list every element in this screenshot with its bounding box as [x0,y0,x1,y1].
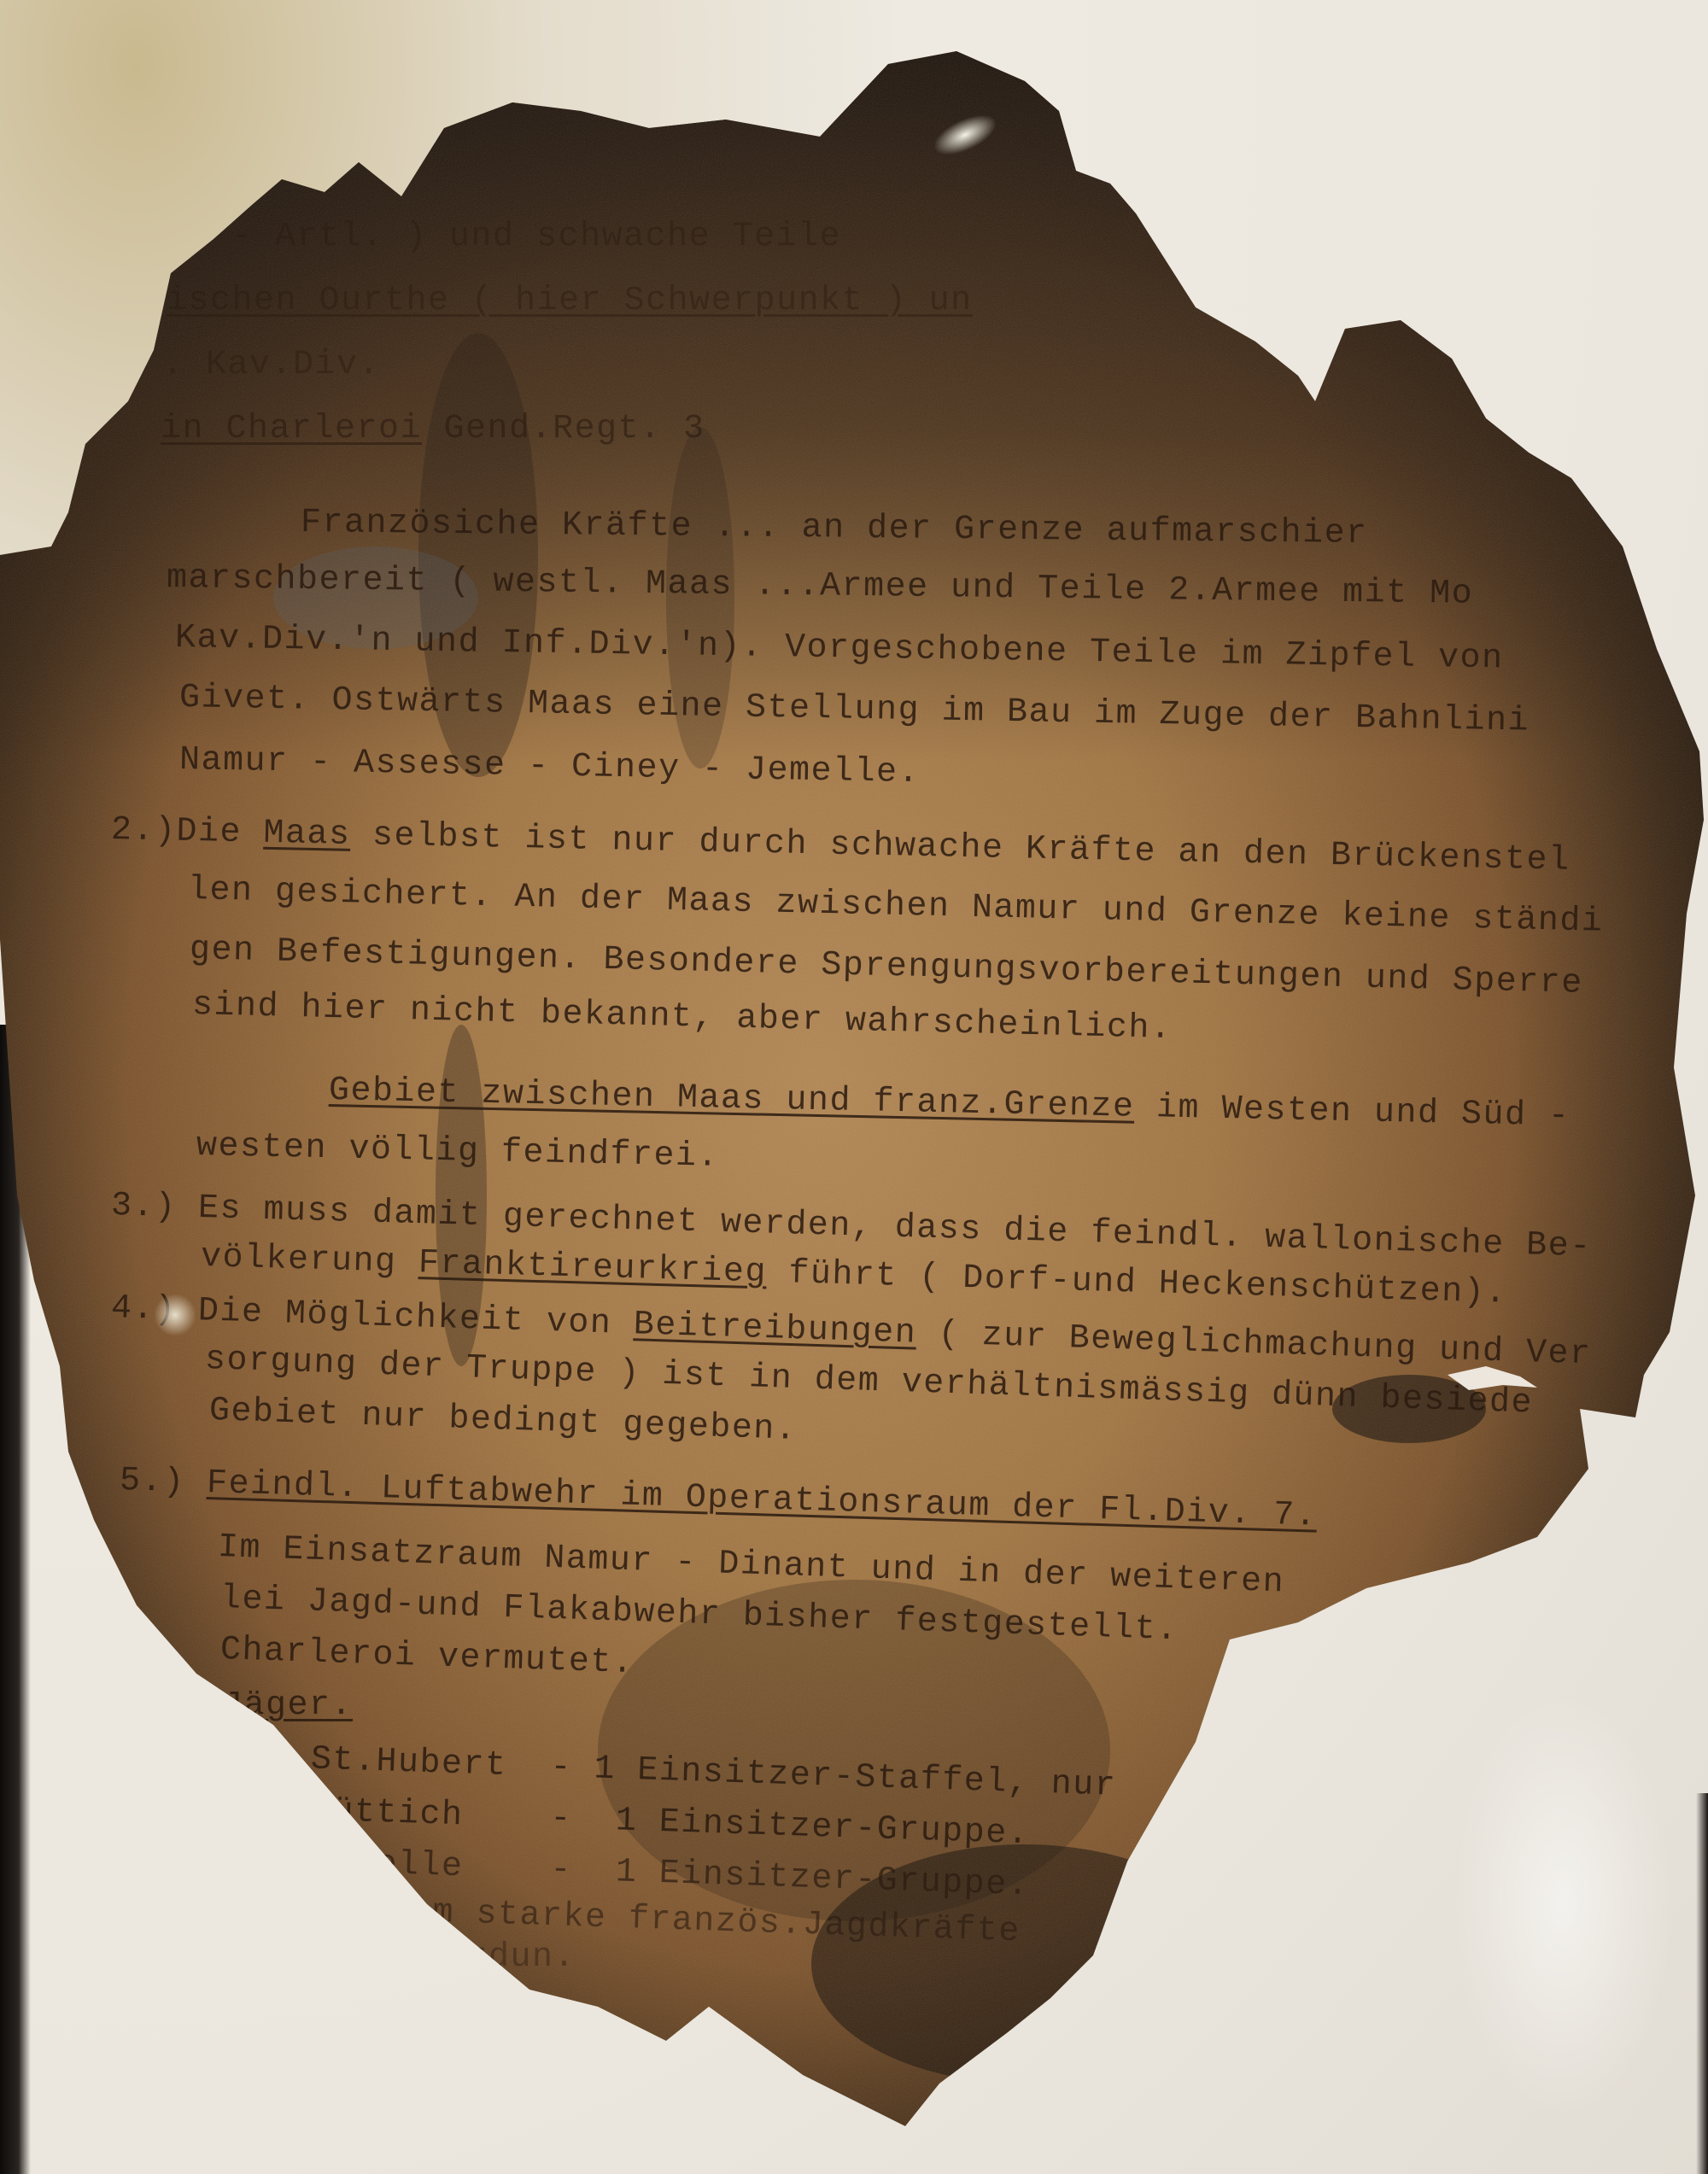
text-line: in Charleroi Gend.Regt. 3 [161,410,705,448]
text-line: ischen Ourthe ( hier Schwerpunkt ) un [167,282,973,320]
light-reflection [154,1294,196,1336]
text-line: westen völlig feindfrei. [196,1127,720,1177]
text-line: sind hier nicht bekannt, aber wahrschein… [191,986,1172,1049]
text-line: Givet. Ostwärts Maas eine Stellung im Ba… [179,679,1530,741]
burned-document: l - Artl. ) und schwache Teile ischen Ou… [0,0,1708,2174]
underlined-text: Gebiet zwischen Maas und franz.Grenze [329,1072,1135,1127]
underlined-text: in Charleroi [161,410,422,448]
text-line: l - Artl. ) und schwache Teile [188,218,841,256]
list-item-2: 2.)Die Maas selbst ist nur durch schwach… [111,811,1571,880]
underlined-heading: Feindl. Luftabwehr im Operationsraum der… [206,1464,1317,1536]
text-line: len gesichert. An der Maas zwischen Namu… [187,871,1603,942]
text-line: . Kav.Div. [162,346,380,384]
text-line: Gebiet nur bedingt gegeben. [208,1392,798,1450]
text-line: marschbereit ( westl. Maas ...Armee und … [167,559,1474,614]
text-line: Kav.Div.'n und Inf.Div.'n). Vorgeschoben… [175,619,1504,678]
text-line: Gebiet zwischen Maas und franz.Grenze im… [329,1072,1571,1136]
text-line: Charleroi vermutet. [219,1631,635,1683]
text-line: Namur - Assesse - Ciney - Jemelle. [179,741,921,792]
text-line: Französiche Kräfte ... an der Grenze auf… [301,504,1368,553]
list-item-5: 5.) Feindl. Luftabwehr im Operationsraum… [119,1462,1317,1536]
